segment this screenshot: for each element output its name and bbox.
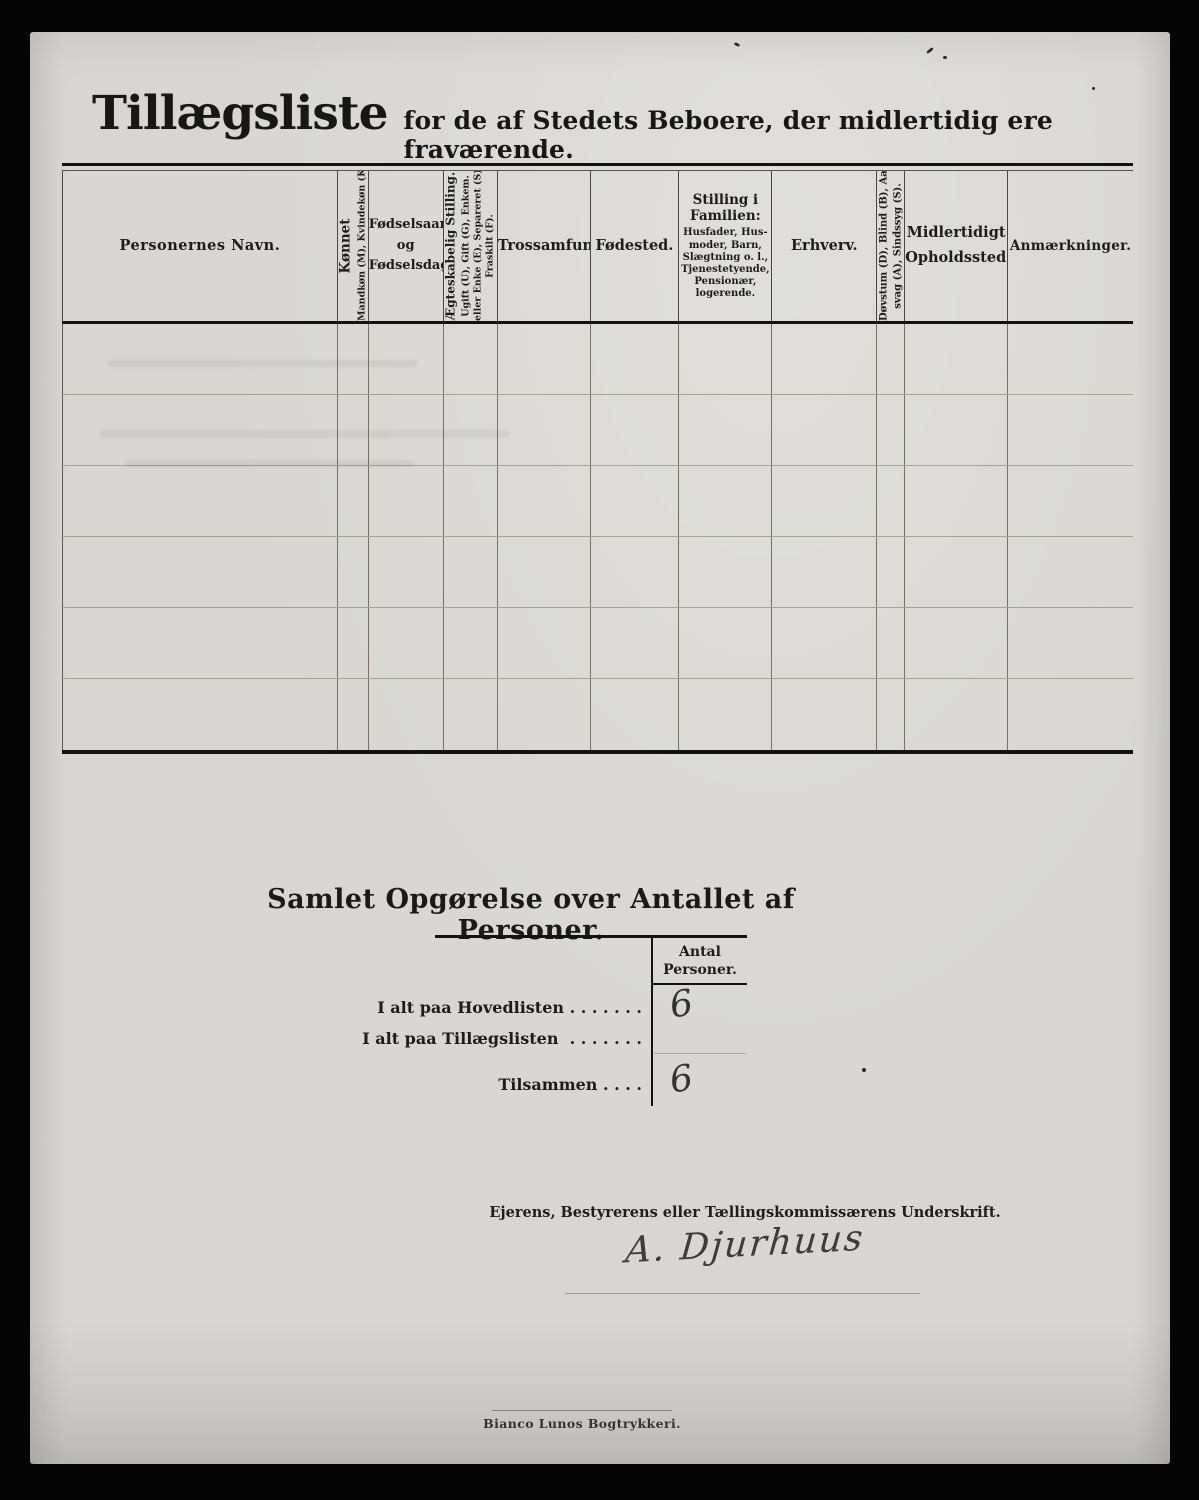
table-cell	[338, 324, 369, 394]
summary-row-label-tilsammen: Tilsammen . . . .	[310, 1075, 642, 1094]
column-header-family-position: Stilling i Familien:Husfader, Hus- moder…	[679, 171, 772, 321]
table-cell	[591, 608, 680, 678]
ink-speck	[862, 1068, 866, 1072]
ink-speck	[734, 42, 741, 47]
table-cell	[772, 537, 877, 607]
masthead: Tillægsliste for de af Stedets Beboere, …	[92, 90, 1152, 164]
table-cell	[772, 679, 877, 750]
column-header-text: Personernes Navn.	[63, 237, 337, 255]
table-cell	[905, 537, 1008, 607]
table-row	[62, 537, 1133, 608]
table-cell	[498, 395, 591, 465]
column-header-text: Anmærkninger.	[1008, 238, 1133, 255]
printer-line	[492, 1410, 672, 1411]
summary-row-label-tillaegslisten: I alt paa Tillægslisten . . . . . . .	[310, 1029, 642, 1048]
column-header-occupation: Erhverv.	[772, 171, 877, 321]
table-cell	[591, 679, 680, 750]
table-row	[62, 466, 1133, 537]
census-table: Personernes Navn.KønnetMandkøn (M), Kvin…	[62, 163, 1133, 754]
column-header-text: Fødselsaar og Fødselsdag.	[369, 215, 443, 277]
table-cell	[877, 608, 905, 678]
scanned-page: Tillægsliste for de af Stedets Beboere, …	[30, 32, 1170, 1464]
table-cell	[591, 395, 680, 465]
table-cell	[498, 537, 591, 607]
table-cell	[905, 395, 1008, 465]
column-header-birth: Fødselsaar og Fødselsdag.	[369, 171, 444, 321]
table-row	[62, 679, 1133, 750]
summary-row-label-hovedlisten: I alt paa Hovedlisten . . . . . . .	[310, 998, 642, 1017]
table-cell	[1008, 537, 1133, 607]
column-header-text: Døvstum (D), Blind (B), Aands- svag (A),…	[877, 171, 904, 321]
bleed-through-mark	[125, 460, 415, 467]
column-header-disabilities: Døvstum (D), Blind (B), Aands- svag (A),…	[877, 171, 905, 321]
column-header-text: KønnetMandkøn (M), Kvindekøn (K).	[338, 171, 368, 321]
table-cell	[369, 466, 444, 536]
table-bottom-rule	[62, 750, 1133, 754]
table-cell	[679, 324, 772, 394]
table-cell	[369, 324, 444, 394]
table-cell	[905, 608, 1008, 678]
table-cell	[1008, 395, 1133, 465]
column-header-marital: Ægteskabelig Stilling.Ugift (U), Gift (G…	[444, 171, 498, 321]
table-cell	[444, 537, 498, 607]
table-cell	[591, 537, 680, 607]
table-cell	[498, 324, 591, 394]
scan-background: Tillægsliste for de af Stedets Beboere, …	[0, 0, 1199, 1500]
table-cell	[498, 679, 591, 750]
table-cell	[63, 608, 338, 678]
table-cell	[498, 608, 591, 678]
ink-speck	[926, 47, 934, 54]
table-cell	[444, 466, 498, 536]
table-cell	[338, 608, 369, 678]
column-header-text: Ægteskabelig Stilling.Ugift (U), Gift (G…	[444, 171, 497, 321]
summary-header-underline	[651, 983, 747, 985]
table-cell	[877, 679, 905, 750]
table-cell	[591, 466, 680, 536]
table-cell	[679, 537, 772, 607]
table-cell	[338, 537, 369, 607]
table-cell	[444, 608, 498, 678]
table-cell	[679, 679, 772, 750]
table-cell	[679, 466, 772, 536]
summary-count-header: Antal Personer.	[653, 943, 747, 979]
table-cell	[63, 466, 338, 536]
table-cell	[444, 679, 498, 750]
table-cell	[63, 679, 338, 750]
table-cell	[877, 324, 905, 394]
column-header-text: Trossamfund.	[498, 237, 590, 255]
table-cell	[444, 324, 498, 394]
column-header-birthplace: Fødested.	[591, 171, 680, 321]
summary-faint-rule	[654, 1053, 746, 1054]
table-cell	[679, 608, 772, 678]
printer-imprint: Bianco Lunos Bogtrykkeri.	[432, 1416, 732, 1431]
summary-table-top-rule	[435, 935, 747, 938]
table-header-row: Personernes Navn.KønnetMandkøn (M), Kvin…	[62, 171, 1133, 321]
column-header-remarks: Anmærkninger.	[1008, 171, 1133, 321]
signature-handwriting: A. Djurhuus	[588, 1216, 901, 1273]
column-header-text: Stilling i Familien:Husfader, Hus- moder…	[679, 192, 771, 301]
column-header-text: Midlertidigt Opholdssted.	[905, 221, 1007, 270]
table-cell	[1008, 466, 1133, 536]
ink-speck	[943, 56, 947, 59]
column-header-temporary-residence: Midlertidigt Opholdssted.	[905, 171, 1008, 321]
table-cell	[369, 679, 444, 750]
table-cell	[63, 324, 338, 394]
column-header-religion: Trossamfund.	[498, 171, 591, 321]
column-header-name: Personernes Navn.	[63, 171, 338, 321]
column-header-text: Erhverv.	[772, 237, 876, 255]
table-cell	[679, 395, 772, 465]
column-header-sex: KønnetMandkøn (M), Kvindekøn (K).	[338, 171, 369, 321]
table-cell	[877, 466, 905, 536]
table-cell	[772, 395, 877, 465]
signature-label: Ejerens, Bestyrerens eller Tællingskommi…	[460, 1204, 1030, 1221]
table-cell	[591, 324, 680, 394]
table-cell	[905, 466, 1008, 536]
table-cell	[369, 537, 444, 607]
table-cell	[498, 466, 591, 536]
bleed-through-mark	[100, 430, 510, 438]
page-title: Tillægsliste	[92, 90, 387, 137]
column-header-text: Fødested.	[591, 237, 679, 255]
table-cell	[905, 679, 1008, 750]
signature-line	[565, 1293, 920, 1294]
table-cell	[905, 324, 1008, 394]
table-cell	[1008, 324, 1133, 394]
table-cell	[338, 679, 369, 750]
summary-value-hovedlisten: 6	[667, 985, 695, 1024]
ink-speck	[1092, 87, 1095, 90]
table-cell	[1008, 608, 1133, 678]
table-cell	[877, 537, 905, 607]
table-cell	[369, 608, 444, 678]
table-cell	[63, 537, 338, 607]
table-cell	[1008, 679, 1133, 750]
page-subtitle: for de af Stedets Beboere, der midlertid…	[403, 106, 1152, 164]
table-cell	[772, 608, 877, 678]
table-row	[62, 608, 1133, 679]
table-body	[62, 324, 1133, 750]
bleed-through-mark	[108, 360, 418, 367]
table-cell	[772, 466, 877, 536]
table-cell	[877, 395, 905, 465]
table-cell	[338, 466, 369, 536]
summary-value-tilsammen: 6	[667, 1060, 695, 1099]
table-cell	[772, 324, 877, 394]
table-top-rule	[62, 163, 1133, 166]
